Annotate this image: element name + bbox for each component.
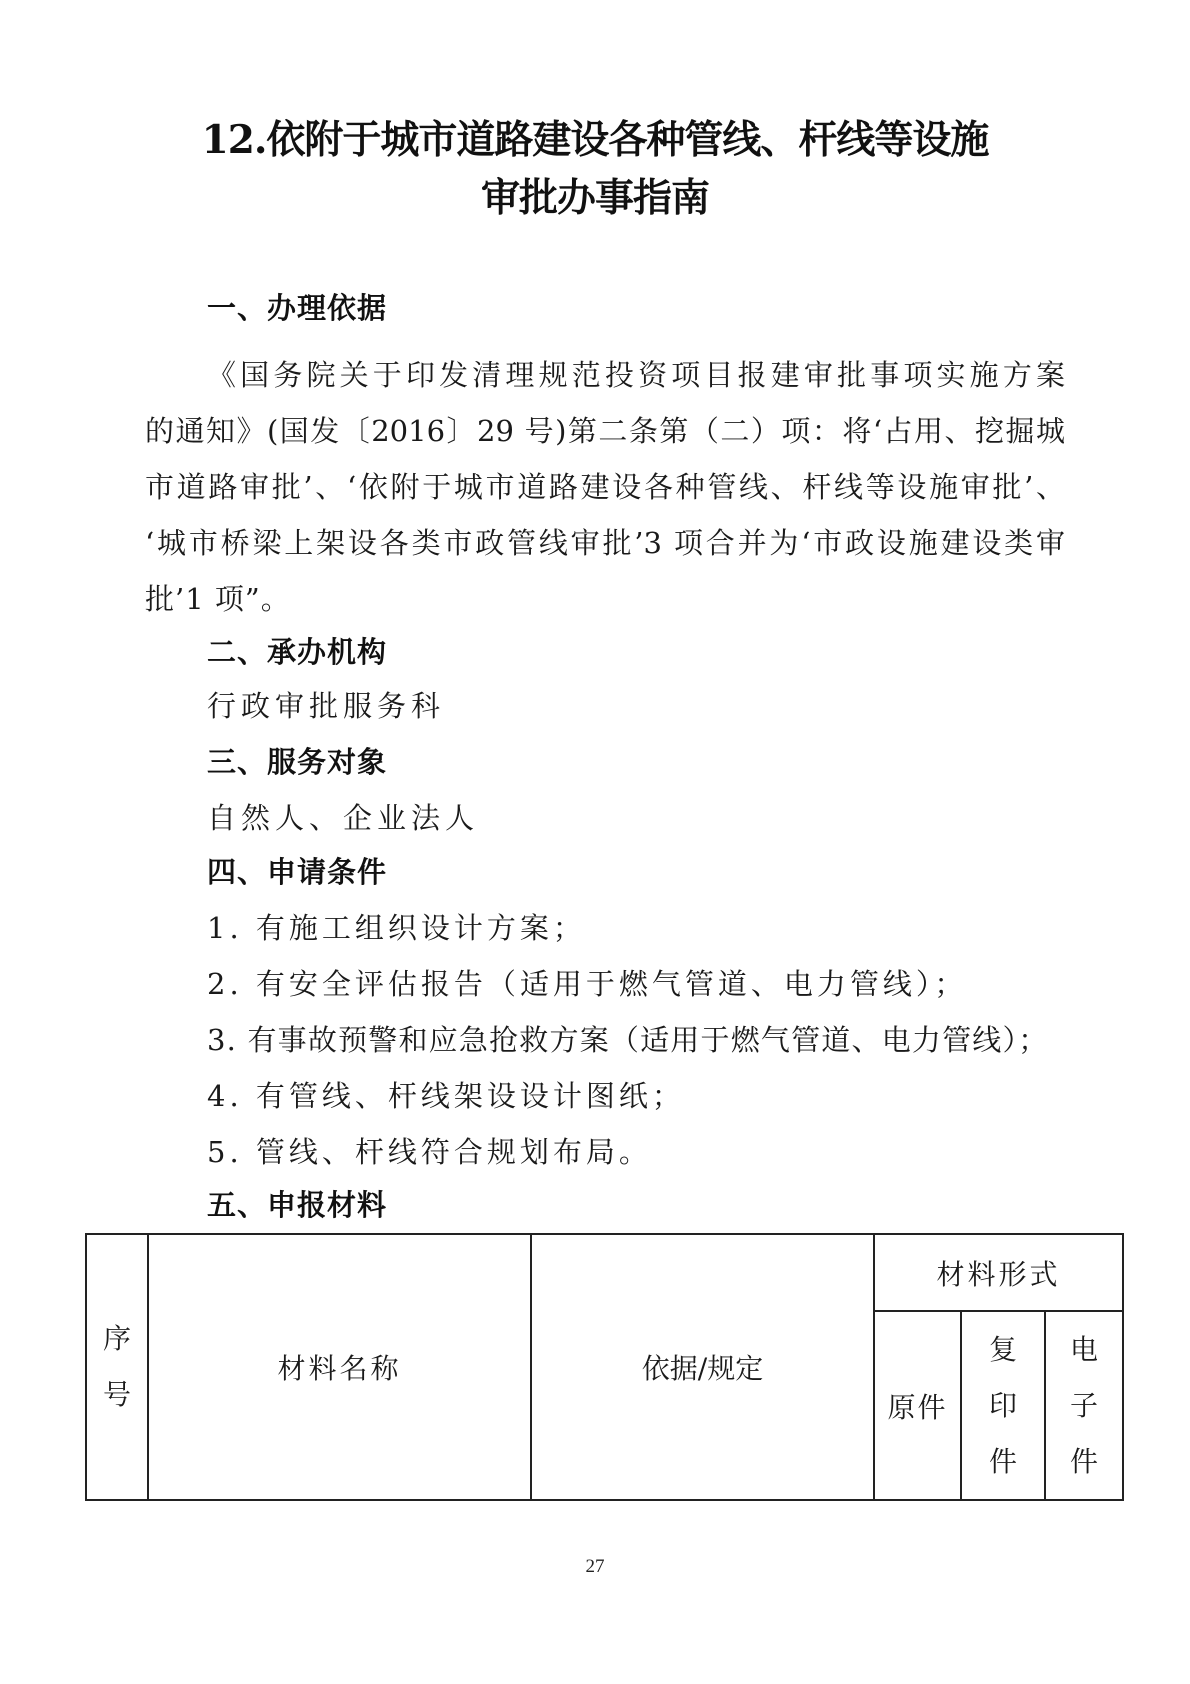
materials-table: 序号 材料名称 依据/规定 材料形式 原件 复印件 电子件 [85,1233,1124,1501]
section-heading-materials: 五、申报材料 [207,1177,387,1233]
basis-line-2: 的通知》(国发〔2016〕29 号)第二条第（二）项：将‘占用、挖掘城 [145,403,1065,459]
condition-item-4: 4. 有管线、杆线架设设计图纸； [207,1068,685,1124]
document-title-line2: 审批办事指南 [0,170,1190,226]
section-heading-agency: 二、承办机构 [207,624,387,680]
target-text: 自然人、企业法人 [207,790,479,846]
condition-item-1: 1. 有施工组织设计方案； [207,900,586,956]
section-heading-conditions: 四、申请条件 [207,844,387,900]
condition-item-3: 3. 有事故预警和应急抢救方案（适用于燃气管道、电力管线）； [207,1012,1048,1068]
basis-line-3: 市道路审批’、‘依附于城市道路建设各种管线、杆线等设施审批’、 [145,459,1065,515]
basis-line-4: ‘城市桥梁上架设各类市政管线审批’3 项合并为‘市政设施建设类审 [145,515,1065,571]
header-original: 原件 [874,1311,961,1500]
condition-item-2: 2. 有安全评估报告（适用于燃气管道、电力管线）； [207,956,967,1012]
basis-line-1: 《国务院关于印发清理规范投资项目报建审批事项实施方案 [207,347,1065,403]
agency-text: 行政审批服务科 [207,678,445,734]
condition-item-5: 5. 管线、杆线符合规划布局。 [207,1124,652,1180]
header-basis: 依据/规定 [531,1234,874,1500]
header-material-form: 材料形式 [874,1234,1123,1311]
section-heading-basis: 一、办理依据 [207,280,387,336]
header-electronic: 电子件 [1045,1311,1123,1500]
section-heading-target: 三、服务对象 [207,734,387,790]
basis-line-5: 批’1 项”。 [145,571,291,627]
header-copy: 复印件 [961,1311,1045,1500]
document-title-line1: 12.依附于城市道路建设各种管线、杆线等设施 [0,112,1190,168]
page-number: 27 [0,1556,1190,1578]
header-material-name: 材料名称 [148,1234,531,1500]
header-seq: 序号 [86,1234,148,1500]
